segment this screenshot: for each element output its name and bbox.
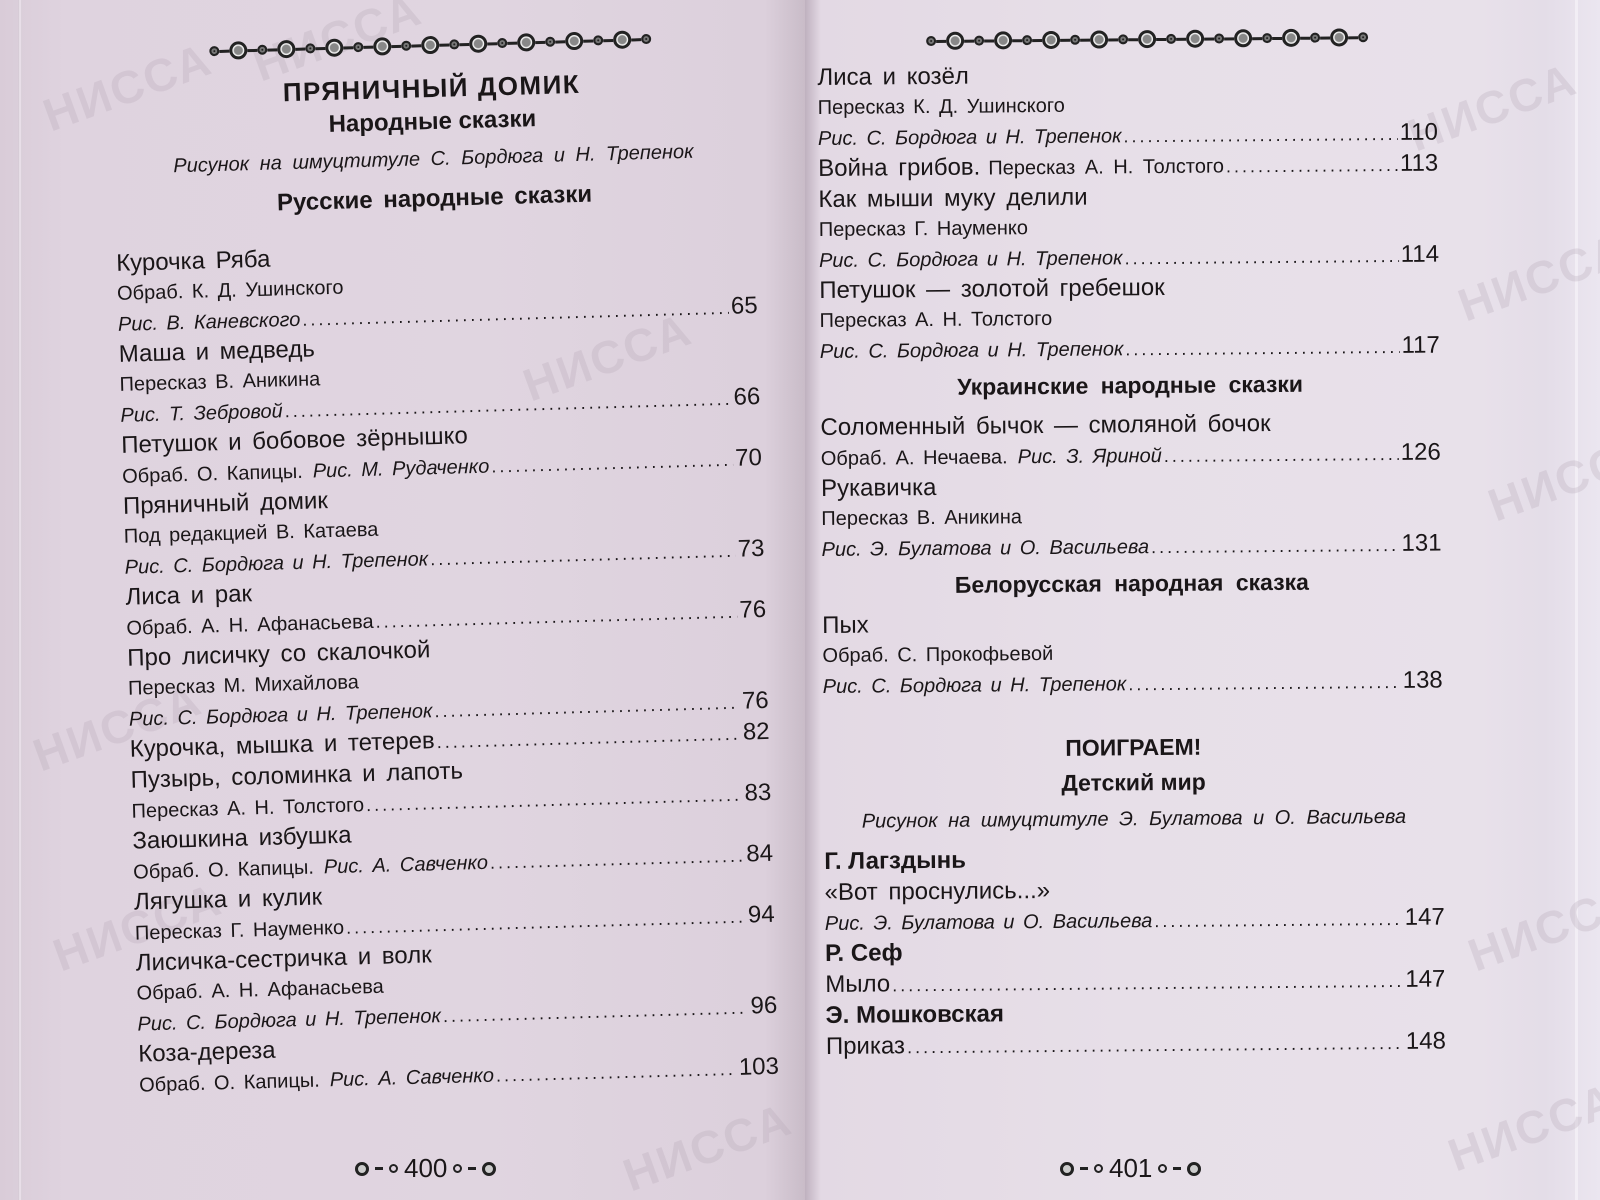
page-edge bbox=[1575, 0, 1578, 1200]
dot-leader bbox=[1226, 150, 1398, 183]
toc-line[interactable]: Мыло147 bbox=[825, 964, 1445, 1000]
chain-bead-icon bbox=[1214, 33, 1224, 43]
chain-bead-icon bbox=[1070, 35, 1080, 45]
page-edge bbox=[18, 0, 22, 1200]
toc-entries: Соломенный бычок — смоляной бочокОбраб. … bbox=[820, 407, 1441, 564]
page-reference: 82 bbox=[742, 716, 770, 748]
watermark: НИССА bbox=[616, 1092, 799, 1200]
adaptation-credit: Пересказ К. Д. Ушинского bbox=[818, 91, 1065, 123]
chain-bead-icon bbox=[353, 42, 363, 52]
page-reference: 103 bbox=[738, 1052, 779, 1083]
page-reference: 113 bbox=[1400, 148, 1439, 179]
dot-leader bbox=[1125, 332, 1399, 364]
toc-entries: Лиса и козёлПересказ К. Д. УшинскогоРис.… bbox=[817, 57, 1440, 366]
illustrator-credit: Рис. С. Бордюга и Н. Трепенок bbox=[819, 243, 1123, 276]
chain-ring-icon bbox=[1138, 30, 1156, 48]
reteller-credit: Пересказ А. Н. Толстого bbox=[988, 151, 1224, 184]
toc-line[interactable]: Рис. С. Бордюга и Н. Трепенок117 bbox=[820, 331, 1440, 366]
chain-bead-icon bbox=[1310, 33, 1320, 43]
chain-ornament bbox=[857, 23, 1437, 56]
chain-ring-icon bbox=[946, 32, 964, 50]
story-title: Заюшкина избушка bbox=[132, 820, 352, 857]
page-reference: 84 bbox=[746, 839, 774, 870]
illustration-credit: Рисунок на шмуцтитуле Э. Булатова и О. В… bbox=[824, 806, 1444, 834]
page-number: 401 bbox=[1060, 1153, 1201, 1184]
chain-bead-icon bbox=[1358, 32, 1368, 42]
chain-bead-icon bbox=[1262, 33, 1272, 43]
chain-bead-icon bbox=[1022, 35, 1032, 45]
page-reference: 138 bbox=[1403, 666, 1443, 696]
toc-entries: Г. Лагздынь«Вот проснулись...»Рис. Э. Бу… bbox=[824, 841, 1446, 1062]
chain-bead-icon bbox=[926, 36, 936, 46]
chain-bead-icon bbox=[209, 46, 219, 56]
dot-leader bbox=[1123, 119, 1397, 151]
illustrator-credit: Рис. З. Яриной bbox=[1018, 441, 1162, 472]
section-heading: Украинские народные сказки bbox=[820, 361, 1440, 406]
page-reference: 76 bbox=[742, 686, 770, 717]
folio-ornament-icon bbox=[482, 1162, 496, 1176]
illustrator-credit: Рис. А. Савченко bbox=[329, 1061, 494, 1096]
toc-right: Лиса и козёлПересказ К. Д. УшинскогоРис.… bbox=[817, 23, 1446, 1062]
toc-left: ПРЯНИЧНЫЙ ДОМИК Народные сказки Рисунок … bbox=[110, 22, 779, 1099]
page-reference: 114 bbox=[1401, 240, 1440, 270]
part-subtitle: Детский мир bbox=[823, 767, 1443, 799]
story-title: Мыло bbox=[825, 968, 890, 1000]
chain-ring-icon bbox=[373, 37, 391, 55]
chain-ring-icon bbox=[1282, 29, 1300, 47]
adaptation-credit: Обраб. О. Капицы. bbox=[139, 1066, 320, 1101]
chain-ring-icon bbox=[1186, 30, 1204, 48]
page-reference: 96 bbox=[750, 991, 778, 1022]
author-name: Р. Сеф bbox=[825, 937, 903, 969]
illustrator-credit: Рис. С. Бордюга и Н. Трепенок bbox=[820, 334, 1124, 367]
dot-leader bbox=[1151, 530, 1400, 562]
illustrator-credit: Рис. С. Бордюга и Н. Трепенок bbox=[818, 121, 1122, 154]
adaptation-credit: Пересказ Г. Науменко bbox=[819, 213, 1028, 245]
chain-bead-icon bbox=[257, 45, 267, 55]
page-reference: 70 bbox=[735, 443, 763, 474]
toc-line[interactable]: Война грибов. Пересказ А. Н. Толстого113 bbox=[818, 148, 1438, 184]
page-reference: 73 bbox=[737, 534, 765, 565]
chain-ring-icon bbox=[469, 34, 487, 52]
page-reference: 83 bbox=[744, 778, 772, 809]
chain-bead-icon bbox=[974, 36, 984, 46]
page-reference: 66 bbox=[733, 382, 761, 413]
dot-leader bbox=[496, 1054, 738, 1091]
chain-ring-icon bbox=[325, 38, 343, 56]
chain-bead-icon bbox=[1166, 34, 1176, 44]
folio-ornament-icon bbox=[1060, 1162, 1074, 1176]
illustrator-credit: Рис. М. Рудаченко bbox=[312, 452, 489, 487]
chain-ring-icon bbox=[277, 40, 295, 58]
folio-ornament-icon bbox=[1187, 1162, 1201, 1176]
page-reference: 148 bbox=[1406, 1026, 1446, 1057]
toc-line[interactable]: Приказ148 bbox=[826, 1026, 1446, 1062]
chain-bead-icon bbox=[497, 38, 507, 48]
dot-leader bbox=[1154, 904, 1403, 936]
story-title: Петушок — золотой гребешок bbox=[819, 272, 1165, 306]
adaptation-credit: Пересказ В. Аникина bbox=[119, 364, 320, 400]
author-name: Г. Лагздынь bbox=[824, 845, 966, 877]
toc-line[interactable]: Рис. С. Бордюга и Н. Трепенок110 bbox=[818, 118, 1438, 153]
illustrator-credit: Рис. Э. Булатова и О. Васильева bbox=[825, 906, 1153, 939]
chain-ring-icon bbox=[421, 36, 439, 54]
part-title: ПОИГРАЕМ! bbox=[823, 732, 1443, 764]
story-title: Лягушка и кулик bbox=[134, 881, 323, 917]
dot-leader bbox=[1128, 667, 1401, 699]
adaptation-credit: Обраб. А. Нечаева. bbox=[821, 442, 1008, 474]
chain-ring-icon bbox=[229, 41, 247, 59]
illustrator-credit: Рис. Э. Булатова и О. Васильева bbox=[821, 532, 1149, 565]
folio-ornament-icon bbox=[355, 1162, 369, 1176]
toc-line[interactable]: Обраб. А. Нечаева.Рис. З. Яриной126 bbox=[821, 438, 1441, 473]
right-page: НИССА НИССА НИССА НИССА НИССА Лиса и коз… bbox=[805, 0, 1600, 1200]
toc-entries: ПыхОбраб. С. ПрокофьевойРис. С. Бордюга … bbox=[822, 605, 1443, 701]
chain-bead-icon bbox=[593, 35, 603, 45]
author-name: Э. Мошковская bbox=[825, 998, 1004, 1031]
story-title: «Вот проснулись...» bbox=[824, 875, 1050, 908]
page-reference: 94 bbox=[748, 900, 776, 931]
watermark: НИССА bbox=[1461, 872, 1600, 983]
section-heading: Русские народные сказки bbox=[114, 176, 755, 222]
chain-ornament bbox=[110, 22, 751, 68]
page-reference: 76 bbox=[739, 595, 767, 626]
story-title: Лиса и козёл bbox=[817, 61, 969, 93]
page-reference: 110 bbox=[1400, 118, 1439, 148]
chain-bead-icon bbox=[545, 37, 555, 47]
page-reference: 65 bbox=[731, 291, 759, 322]
dot-leader bbox=[907, 1028, 1404, 1063]
story-title: Курочка Ряба bbox=[116, 244, 271, 279]
chain-bead-icon bbox=[401, 41, 411, 51]
chain-bead-icon bbox=[1118, 34, 1128, 44]
story-title: Соломенный бычок — смоляной бочок bbox=[820, 408, 1270, 443]
story-title: Приказ bbox=[826, 1030, 905, 1062]
chain-ring-icon bbox=[517, 33, 535, 51]
page-reference: 147 bbox=[1405, 903, 1445, 933]
story-title: Коза-дереза bbox=[138, 1035, 276, 1070]
dot-leader bbox=[1164, 439, 1399, 471]
chain-ring-icon bbox=[1042, 31, 1060, 49]
illustrator-credit: Рис. А. Савченко bbox=[323, 848, 488, 883]
page-reference: 117 bbox=[1401, 331, 1440, 361]
story-title: Рукавичка bbox=[821, 472, 937, 504]
dot-leader bbox=[1124, 241, 1398, 273]
toc-line[interactable]: Рис. С. Бордюга и Н. Трепенок138 bbox=[823, 666, 1443, 701]
folio-number: 400 bbox=[404, 1153, 447, 1184]
page-reference: 147 bbox=[1405, 964, 1445, 995]
chain-bead-icon bbox=[449, 39, 459, 49]
page-reference: 131 bbox=[1401, 529, 1441, 559]
adaptation-credit: Пересказ В. Аникина bbox=[821, 502, 1022, 534]
page-number: 400 bbox=[355, 1153, 496, 1184]
illustration-credit: Рисунок на шмуцтитуле С. Бордюга и Н. Тр… bbox=[113, 139, 753, 180]
watermark: НИССА bbox=[1481, 422, 1600, 533]
toc-line[interactable]: Рис. Э. Булатова и О. Васильева147 bbox=[825, 903, 1445, 938]
folio-number: 401 bbox=[1109, 1153, 1152, 1184]
toc-entries: Курочка РябаОбраб. К. Д. УшинскогоРис. В… bbox=[116, 230, 780, 1100]
illustrator-credit: Рис. С. Бордюга и Н. Трепенок bbox=[823, 669, 1127, 702]
toc-line[interactable]: Рис. Э. Булатова и О. Васильева131 bbox=[821, 529, 1441, 564]
chain-ring-icon bbox=[1330, 28, 1348, 46]
chain-ring-icon bbox=[565, 32, 583, 50]
page-reference: 126 bbox=[1401, 438, 1441, 468]
left-page: НИССА НИССА НИССА НИССА НИССА НИССА ПРЯН… bbox=[0, 0, 805, 1200]
dot-leader bbox=[892, 966, 1403, 1001]
chain-ring-icon bbox=[1234, 29, 1252, 47]
chain-ring-icon bbox=[613, 30, 631, 48]
story-title: Как мыши муку делили bbox=[818, 182, 1087, 215]
chain-bead-icon bbox=[641, 34, 651, 44]
adaptation-credit: Пересказ А. Н. Толстого bbox=[819, 304, 1052, 336]
adaptation-credit: Обраб. С. Прокофьевой bbox=[822, 639, 1053, 671]
chain-bead-icon bbox=[305, 43, 315, 53]
story-title: Лиса и рак bbox=[125, 578, 252, 613]
toc-line[interactable]: Рис. С. Бордюга и Н. Трепенок114 bbox=[819, 240, 1439, 275]
adaptation-credit: Обраб. К. Д. Ушинского bbox=[117, 273, 344, 309]
chain-ring-icon bbox=[994, 31, 1012, 49]
section-heading: Белорусская народная сказка bbox=[822, 559, 1442, 604]
chain-ring-icon bbox=[1090, 30, 1108, 48]
story-title: Война грибов. bbox=[818, 152, 980, 184]
story-title: Пых bbox=[822, 610, 869, 641]
